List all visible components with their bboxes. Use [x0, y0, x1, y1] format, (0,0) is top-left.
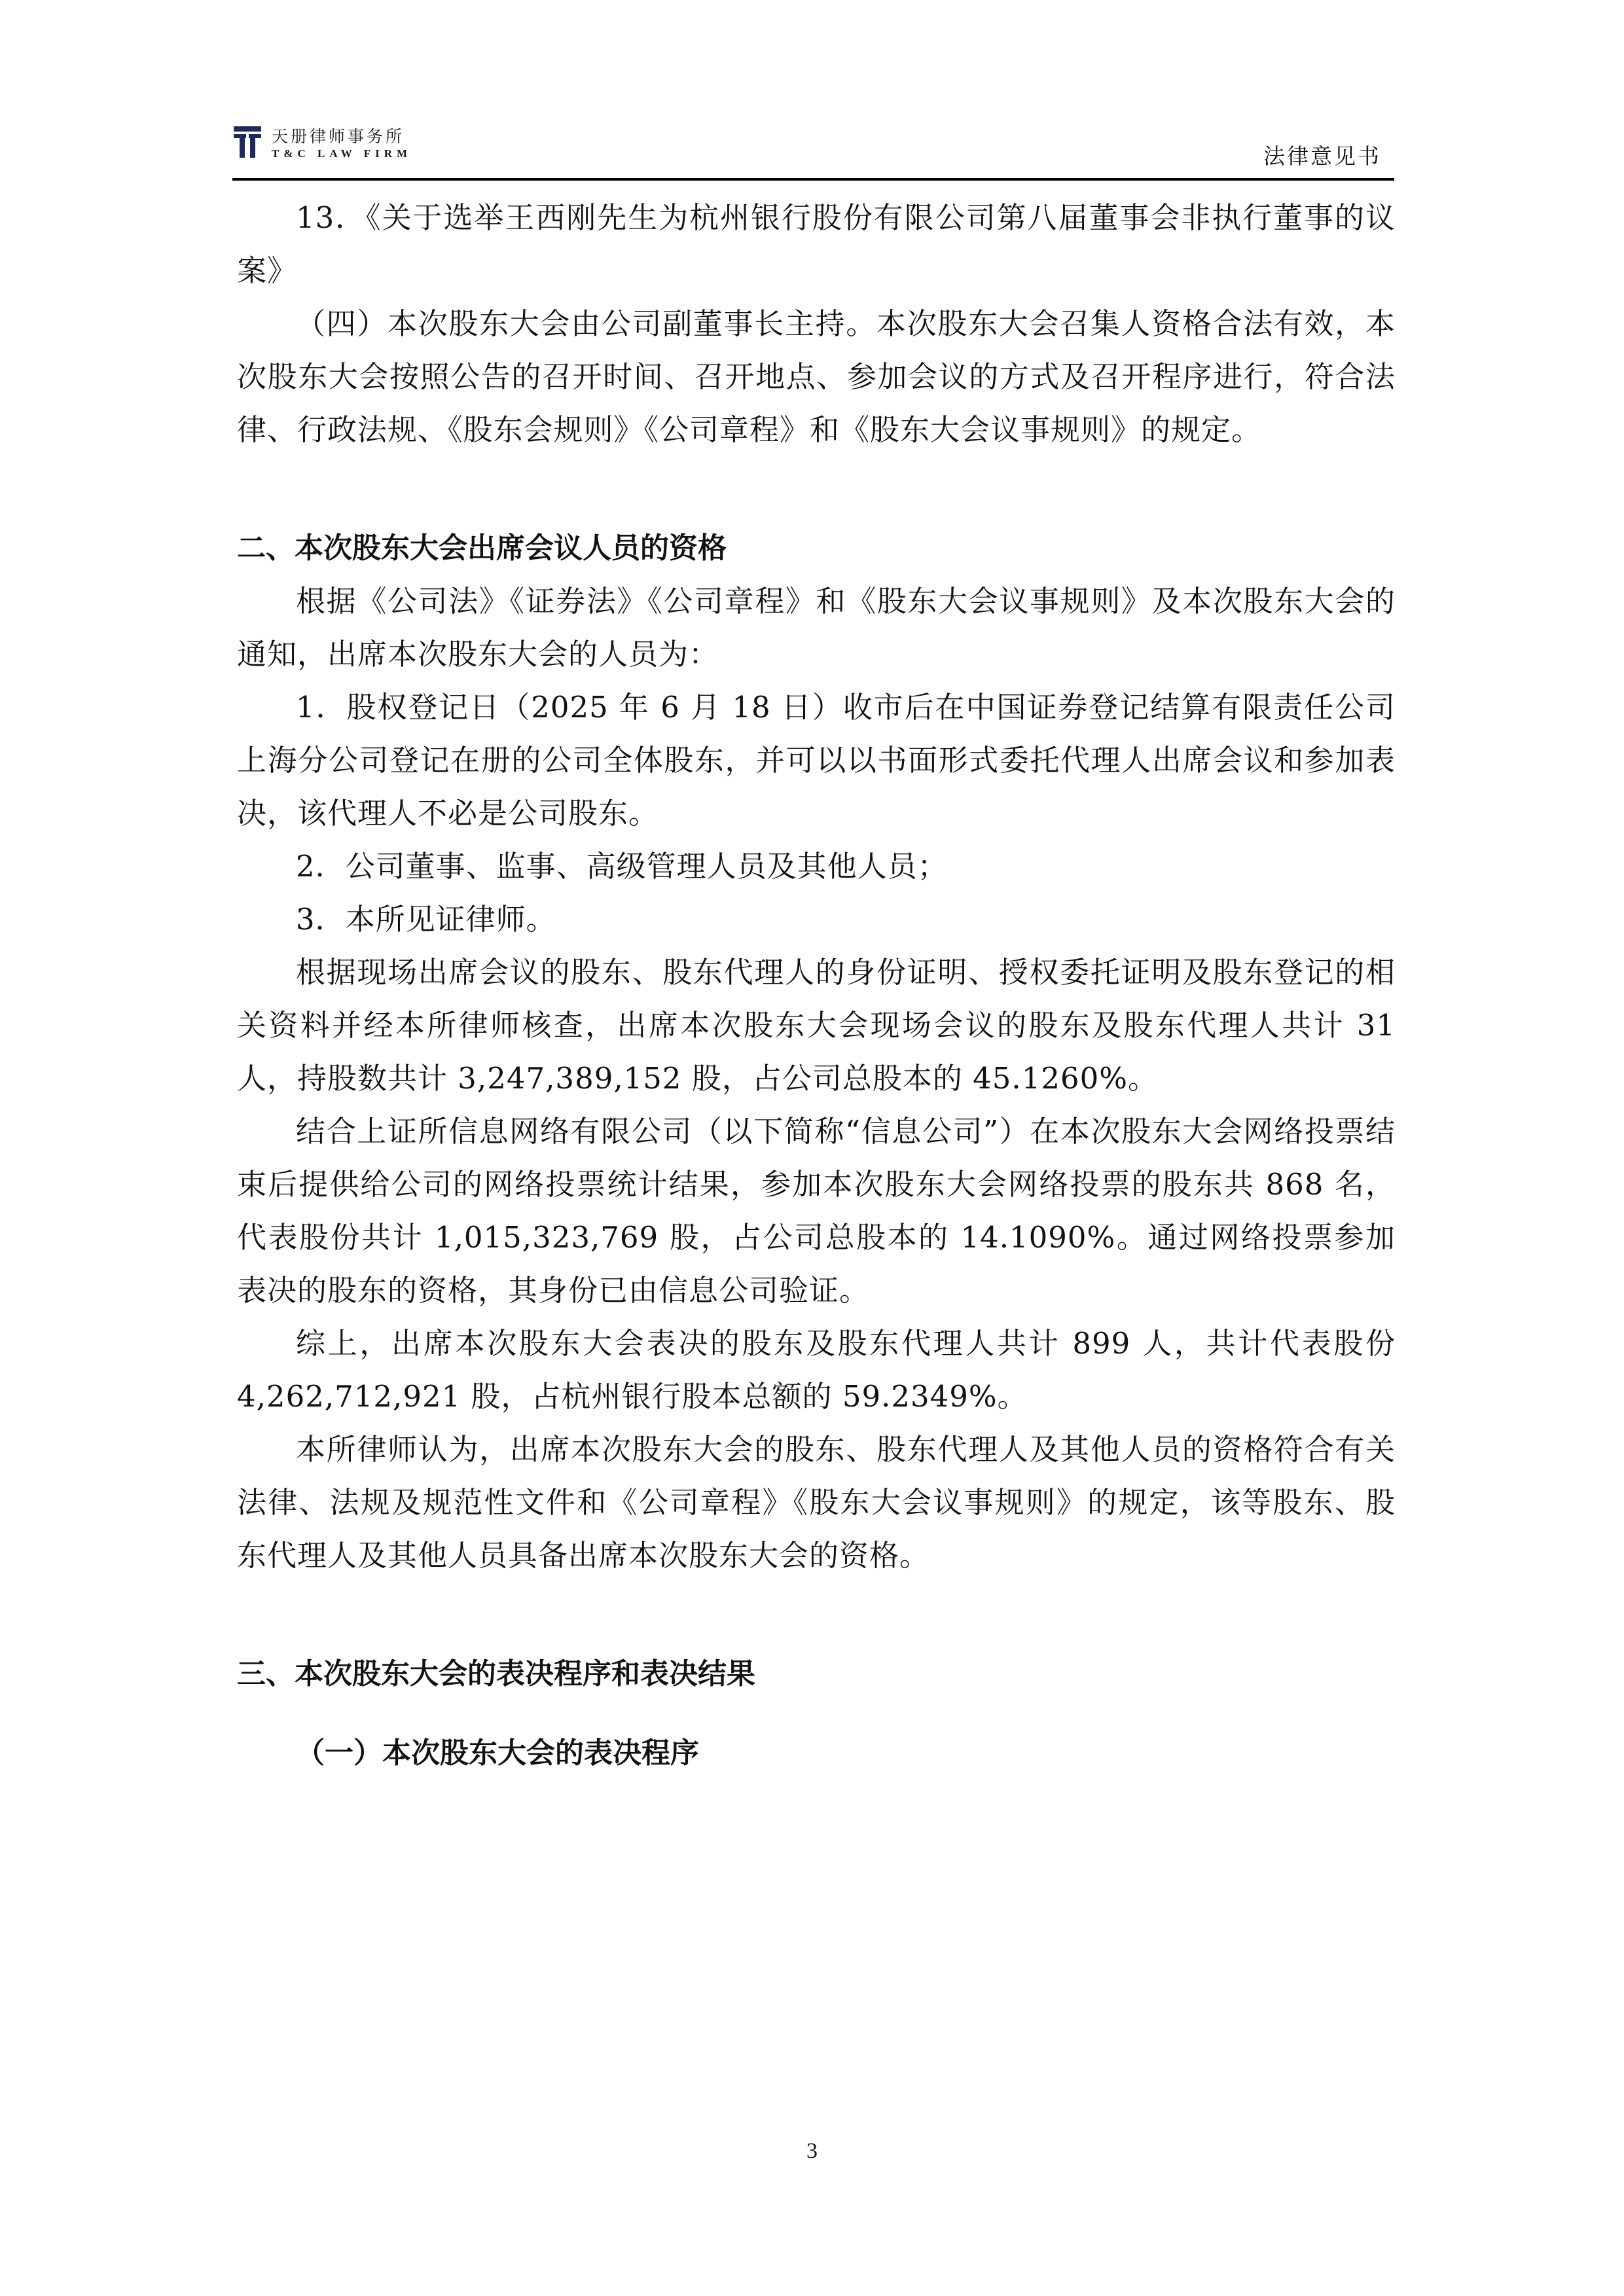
qualification-conclusion-paragraph: 本所律师认为，出席本次股东大会的股东、股东代理人及其他人员的资格符合有关法律、法…	[237, 1423, 1396, 1582]
document-type-label: 法律意见书	[1263, 139, 1381, 170]
document-body: 13．《关于选举王西刚先生为杭州银行股份有限公司第八届董事会非执行董事的议案》 …	[237, 191, 1396, 1780]
onsite-attendance-paragraph: 根据现场出席会议的股东、股东代理人的身份证明、授权委托证明及股东登记的相关资料并…	[237, 946, 1396, 1105]
section-2-heading: 二、本次股东大会出席会议人员的资格	[237, 522, 1396, 575]
page-number: 3	[0, 2139, 1624, 2164]
section-3-heading: 三、本次股东大会的表决程序和表决结果	[237, 1647, 1396, 1700]
firm-name-chinese: 天册律师事务所	[272, 124, 405, 147]
attendee-item-1: 1．股权登记日（2025 年 6 月 18 日）收市后在中国证券登记结算有限责任…	[237, 681, 1396, 840]
page-header: 天册律师事务所 T&C LAW FIRM 法律意见书	[232, 121, 1394, 180]
online-voting-paragraph: 结合上证所信息网络有限公司（以下简称“信息公司”）在本次股东大会网络投票结束后提…	[237, 1105, 1396, 1317]
section-3-subheading-1: （一）本次股东大会的表决程序	[237, 1727, 1396, 1780]
header-divider	[232, 178, 1394, 181]
tc-law-firm-logo-icon	[234, 126, 261, 158]
attendees-intro-paragraph: 根据《公司法》《证券法》《公司章程》和《股东大会议事规则》及本次股东大会的通知，…	[237, 575, 1396, 681]
attendee-item-2: 2．公司董事、监事、高级管理人员及其他人员；	[237, 840, 1396, 893]
spacer	[237, 456, 1396, 522]
meeting-chair-paragraph: （四）本次股东大会由公司副董事长主持。本次股东大会召集人资格合法有效，本次股东大…	[237, 297, 1396, 456]
agenda-item-13: 13．《关于选举王西刚先生为杭州银行股份有限公司第八届董事会非执行董事的议案》	[237, 191, 1396, 297]
spacer	[237, 1700, 1396, 1727]
attendee-item-3: 3．本所见证律师。	[237, 893, 1396, 946]
attendance-summary-paragraph: 综上，出席本次股东大会表决的股东及股东代理人共计 899 人，共计代表股份 4,…	[237, 1317, 1396, 1423]
firm-name-english: T&C LAW FIRM	[272, 147, 412, 160]
spacer	[237, 1582, 1396, 1647]
